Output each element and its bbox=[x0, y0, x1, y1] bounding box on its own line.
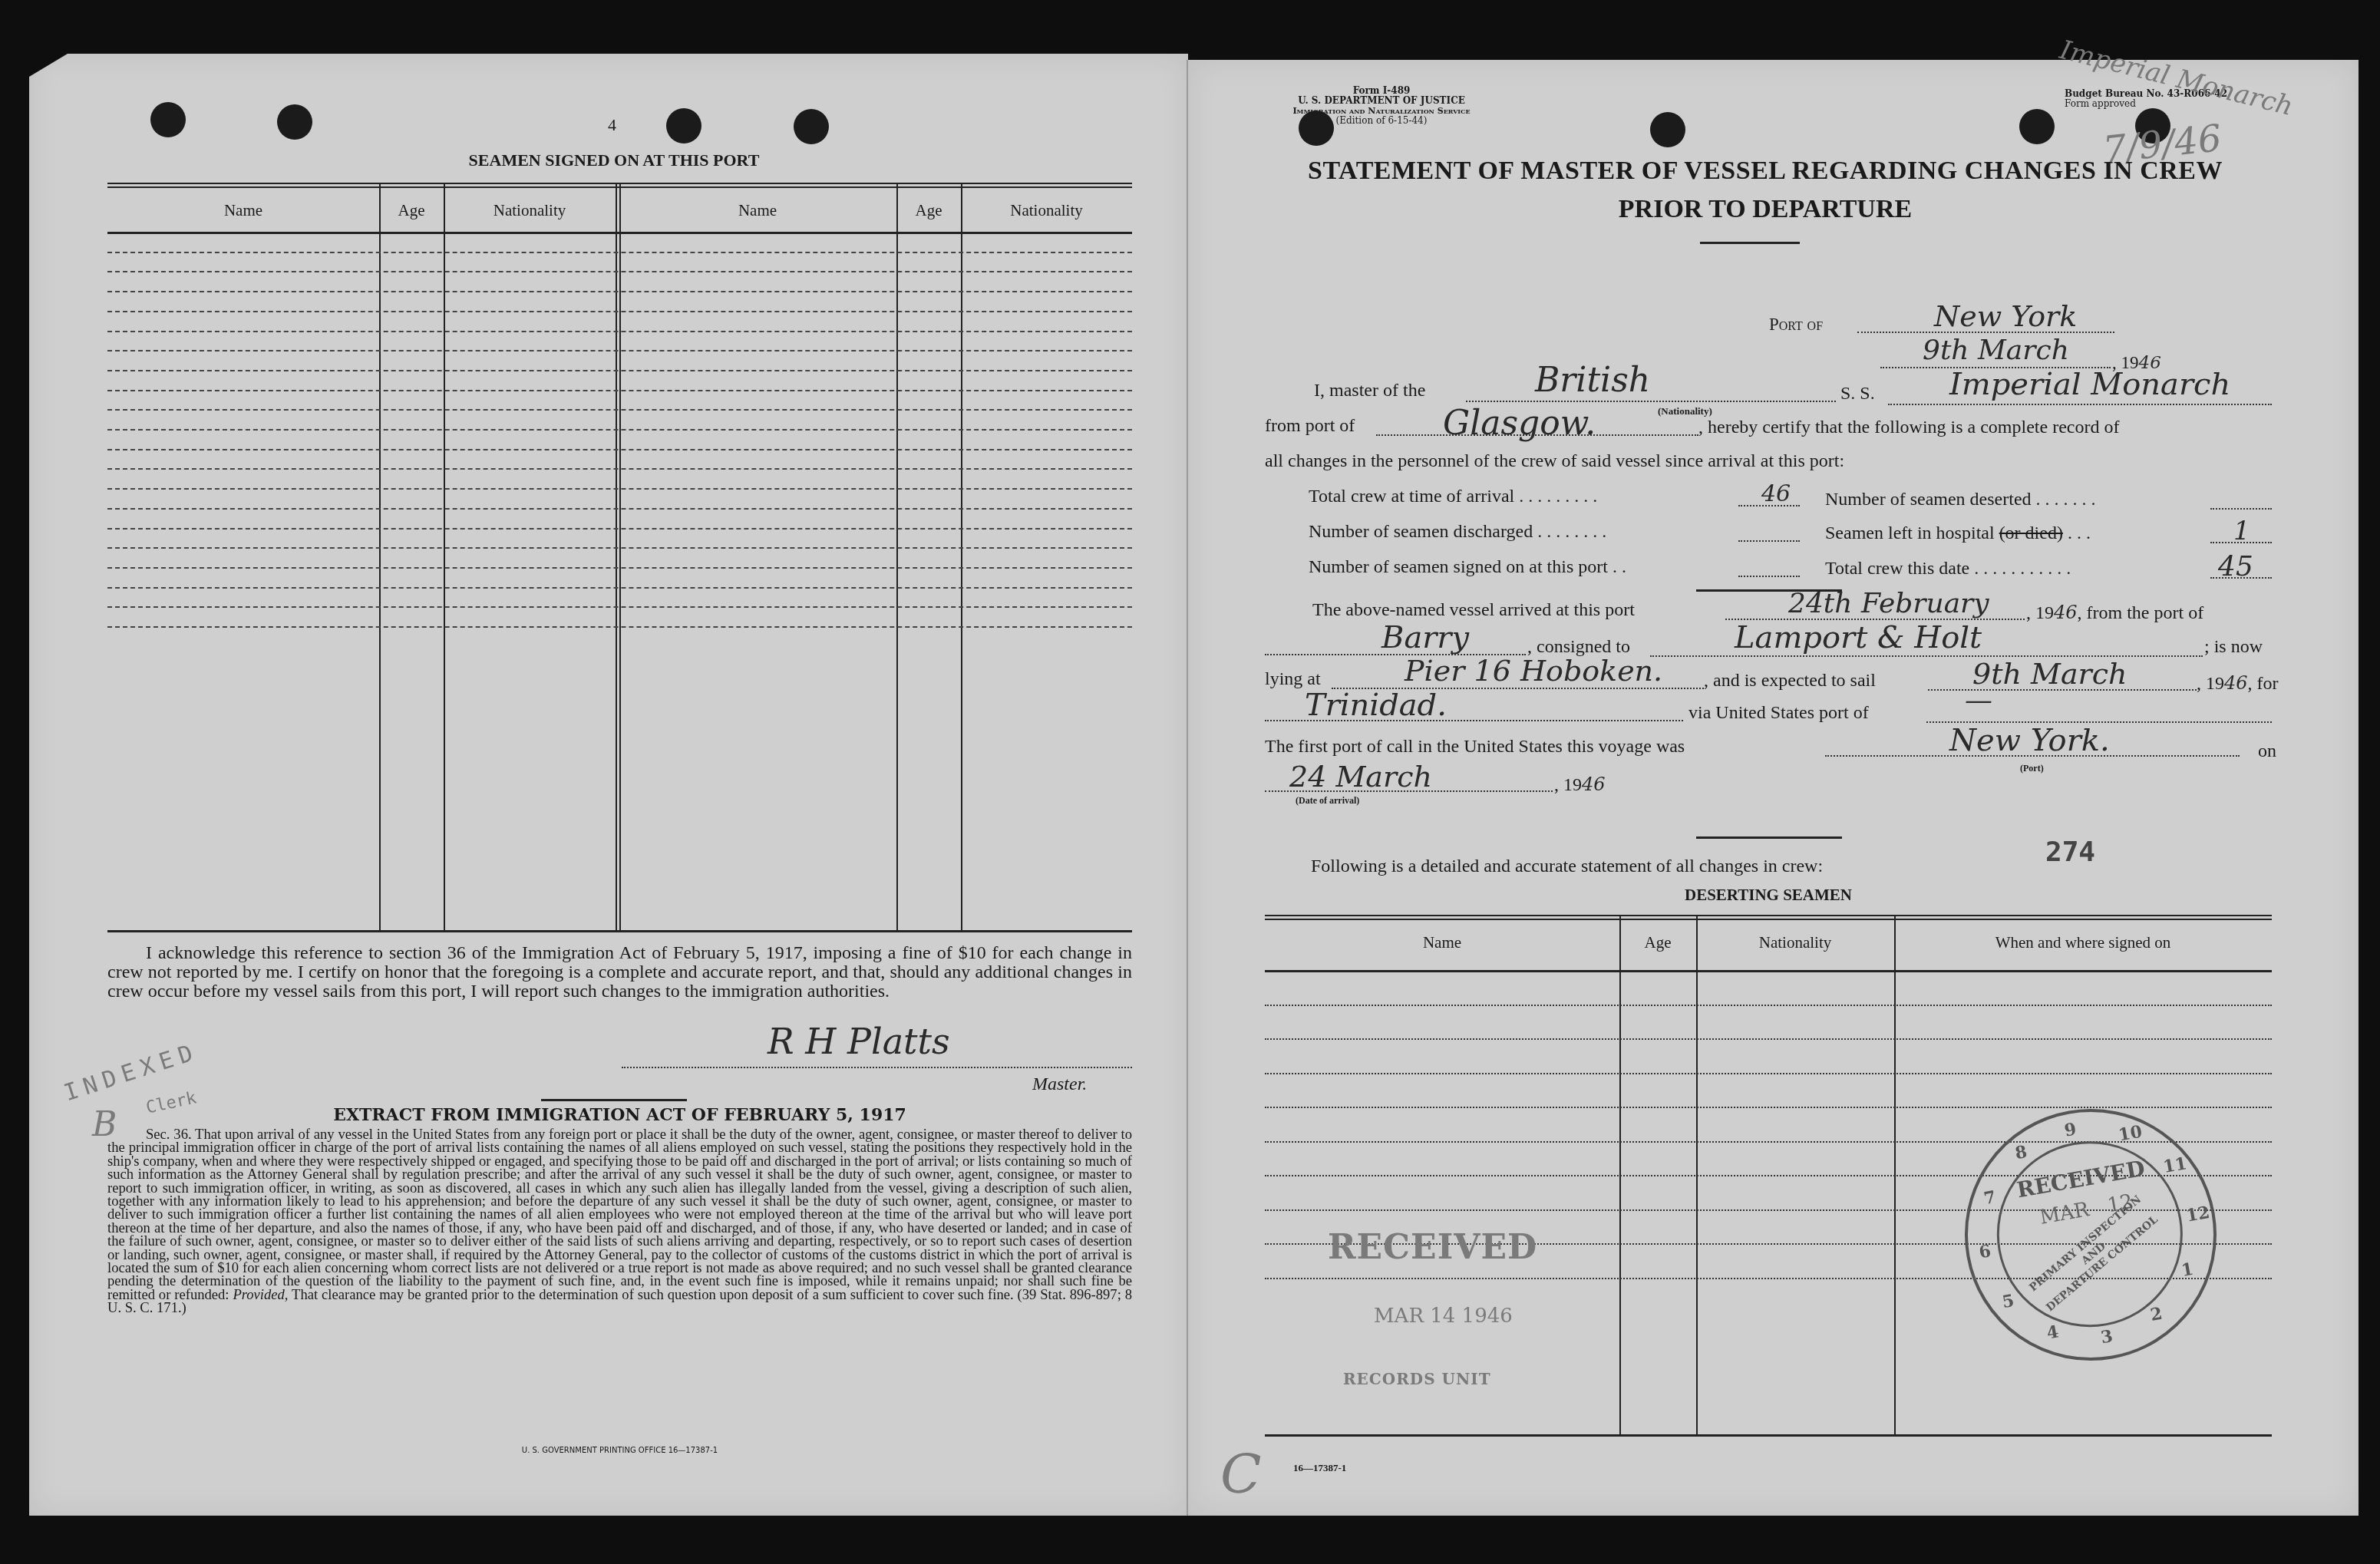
form-header: Form I-489 U. S. DEPARTMENT OF JUSTICE I… bbox=[1243, 86, 1520, 126]
sail-date: 9th March bbox=[1972, 657, 2127, 691]
extract-paragraph: Sec. 36. That upon arrival of any vessel… bbox=[107, 1128, 1132, 1315]
table-bottom-rule bbox=[107, 930, 1132, 932]
punch-hole bbox=[2019, 109, 2055, 144]
table-row bbox=[1265, 1005, 2272, 1006]
table-row bbox=[107, 291, 1132, 292]
hospital-struck: (or died) bbox=[1999, 523, 2063, 543]
column-header-age: Age bbox=[896, 201, 961, 220]
footer-code: 16—17387-1 bbox=[1293, 1462, 1346, 1474]
arrived-year-label: , 1946, from the port of bbox=[2026, 602, 2203, 624]
master-signature: R H Platts bbox=[767, 1021, 950, 1062]
hospital-dots: . . . bbox=[2068, 523, 2091, 543]
edition: (Edition of 6-15-44) bbox=[1243, 116, 1520, 126]
table-row bbox=[107, 390, 1132, 391]
expected-label: , and is expected to sail bbox=[1704, 671, 1876, 691]
column-header-name: Name bbox=[107, 201, 379, 220]
acknowledgement-paragraph: I acknowledge this reference to section … bbox=[107, 944, 1132, 1001]
sail-year: 46 bbox=[2224, 672, 2248, 694]
first-port-label: The first port of call in the United Sta… bbox=[1265, 737, 1685, 757]
table-row bbox=[107, 429, 1132, 431]
date-value: 9th March bbox=[1923, 335, 2069, 366]
from-port-label: from port of bbox=[1265, 416, 1355, 437]
column-header-signed-on: When and where signed on bbox=[1894, 933, 2272, 952]
table-row bbox=[107, 528, 1132, 530]
column-header-nationality: Nationality bbox=[1696, 933, 1894, 952]
department: U. S. DEPARTMENT OF JUSTICE bbox=[1243, 96, 1520, 106]
deserting-title: DESERTING SEAMEN bbox=[1265, 886, 2272, 905]
punch-hole bbox=[794, 109, 829, 144]
form-title-line2: PRIOR TO DEPARTURE bbox=[1266, 195, 2264, 224]
table-bottom-rule bbox=[1265, 1434, 2272, 1437]
column-divider bbox=[379, 184, 381, 930]
column-divider bbox=[896, 184, 898, 930]
divider-rule bbox=[1696, 836, 1842, 839]
table-row bbox=[107, 587, 1132, 589]
margin-mark: C bbox=[1220, 1443, 1262, 1506]
extract-text: That upon arrival of any vessel in the U… bbox=[107, 1127, 1132, 1303]
punch-hole bbox=[150, 102, 186, 137]
stamp-ring-number: 9 bbox=[2063, 1119, 2078, 1140]
signed-on-field bbox=[1738, 576, 1800, 577]
first-port-value: New York. bbox=[1949, 723, 2110, 758]
signed-on-table: Name Age Nationality Name Age Nationalit… bbox=[107, 184, 1132, 930]
stamp-number: 274 bbox=[2045, 836, 2095, 868]
punch-hole bbox=[277, 104, 312, 140]
certify-text: , hereby certify that the following is a… bbox=[1698, 417, 2119, 438]
total-crew-arrival: 46 bbox=[1761, 480, 1791, 507]
table-row bbox=[107, 626, 1132, 628]
extract-provided: Provided, bbox=[233, 1287, 288, 1303]
table-row bbox=[107, 409, 1132, 411]
column-header-name: Name bbox=[619, 201, 896, 220]
extract-title: EXTRACT FROM IMMIGRATION ACT OF FEBRUARY… bbox=[107, 1105, 1132, 1125]
master-of-label: I, master of the bbox=[1314, 381, 1425, 401]
date-of-arrival-year-label: , 1946 bbox=[1554, 774, 1606, 796]
table-row bbox=[107, 311, 1132, 312]
table-row bbox=[107, 547, 1132, 549]
is-now-label: ; is now bbox=[2204, 637, 2263, 658]
on-label: on bbox=[2258, 741, 2276, 762]
stamp-ring-number: 10 bbox=[2117, 1122, 2144, 1146]
destination: Trinidad. bbox=[1305, 688, 1447, 723]
ship-name: Imperial Monarch bbox=[1949, 367, 2230, 402]
table-row bbox=[107, 488, 1132, 490]
column-divider bbox=[619, 184, 621, 930]
nationality-field bbox=[1466, 401, 1836, 402]
for-label: , for bbox=[2248, 674, 2279, 694]
arrived-year: 46 bbox=[2054, 602, 2078, 623]
signed-on-label: Number of seamen signed on at this port … bbox=[1309, 557, 1626, 578]
stamp-ring-number: 2 bbox=[2149, 1303, 2164, 1325]
table-row bbox=[107, 567, 1132, 569]
table-row bbox=[107, 271, 1132, 272]
total-crew-arrival-label: Total crew at time of arrival . . . . . … bbox=[1309, 487, 1597, 507]
date-of-arrival: 24 March bbox=[1289, 760, 1432, 794]
extract-body: Sec. 36. That upon arrival of any vessel… bbox=[107, 1128, 1132, 1315]
title-rule bbox=[1700, 242, 1800, 244]
column-divider bbox=[961, 184, 962, 930]
table-row bbox=[107, 252, 1132, 253]
form-title-line1: STATEMENT OF MASTER OF VESSEL REGARDING … bbox=[1266, 157, 2264, 186]
column-header-age: Age bbox=[1619, 933, 1696, 952]
table-row bbox=[107, 350, 1132, 351]
discharged-label: Number of seamen discharged . . . . . . … bbox=[1309, 522, 1606, 543]
column-header-name: Name bbox=[1265, 933, 1619, 952]
table-row bbox=[107, 468, 1132, 470]
table-row bbox=[107, 449, 1132, 450]
total-crew-date-label: Total crew this date . . . . . . . . . .… bbox=[1825, 559, 2071, 579]
arrived-date: 24th February bbox=[1788, 588, 1989, 619]
table-row bbox=[1265, 1107, 2272, 1108]
deserted-label: Number of seamen deserted . . . . . . . bbox=[1825, 490, 2096, 510]
column-divider bbox=[444, 184, 445, 930]
stamp-ring-number: 8 bbox=[2013, 1142, 2028, 1163]
hospital-label-group: Seamen left in hospital (or died) . . . bbox=[1825, 523, 2091, 544]
stamp-ring-number: 12 bbox=[2184, 1203, 2211, 1226]
received-stamp-date: MAR 14 1946 bbox=[1374, 1305, 1513, 1328]
via-label: via United States port of bbox=[1688, 703, 1869, 724]
nationality-caption: (Nationality) bbox=[1658, 405, 1712, 417]
discharged-field bbox=[1738, 540, 1800, 542]
received-stamp-unit: RECORDS UNIT bbox=[1343, 1370, 1491, 1388]
changes-statement: Following is a detailed and accurate sta… bbox=[1311, 856, 1823, 877]
hospital-label: Seamen left in hospital bbox=[1825, 523, 1995, 543]
arrived-label: The above-named vessel arrived at this p… bbox=[1312, 600, 1635, 621]
stamp-ring-number: 6 bbox=[1978, 1241, 1993, 1262]
master-label: Master. bbox=[1032, 1074, 1087, 1095]
column-header-nationality: Nationality bbox=[444, 201, 616, 220]
table-row bbox=[1265, 1038, 2272, 1040]
table-row bbox=[1265, 1073, 2272, 1074]
total-crew-date: 45 bbox=[2218, 551, 2253, 582]
arrival-from-port: Barry bbox=[1381, 620, 1469, 655]
received-stamp-word: RECEIVED bbox=[1328, 1228, 1537, 1267]
certify-text-2: all changes in the personnel of the crew… bbox=[1265, 451, 1844, 472]
punch-hole bbox=[1650, 112, 1685, 147]
punch-hole bbox=[666, 108, 701, 144]
port-caption: (Port) bbox=[2020, 763, 2044, 774]
acknowledgement-text: I acknowledge this reference to section … bbox=[107, 944, 1132, 1001]
port-of-label: Port of bbox=[1769, 315, 1823, 335]
port-of-value: New York bbox=[1934, 299, 2077, 333]
divider-rule bbox=[541, 1099, 687, 1101]
column-divider bbox=[616, 184, 617, 930]
stamp-ring-number: 3 bbox=[2099, 1326, 2114, 1348]
from-port-of-label: , from the port of bbox=[2078, 603, 2204, 623]
sail-year-label: , 1946, for bbox=[2197, 672, 2279, 695]
stamp-ring-number: 1 bbox=[2180, 1259, 2195, 1280]
via-value: — bbox=[1965, 685, 1992, 716]
date-of-arrival-year: 46 bbox=[1582, 774, 1606, 795]
consigned-value: Lamport & Holt bbox=[1735, 620, 1982, 655]
stamp-ring-number: 4 bbox=[2045, 1321, 2061, 1343]
lying-at-label: lying at bbox=[1265, 669, 1321, 690]
column-header-age: Age bbox=[379, 201, 444, 220]
ship-name-field bbox=[1888, 404, 2272, 405]
from-port-value: Glasgow. bbox=[1443, 404, 1596, 443]
section-title-signed-on: SEAMEN SIGNED ON AT THIS PORT bbox=[345, 150, 883, 170]
table-row bbox=[107, 331, 1132, 332]
date-of-arrival-caption: (Date of arrival) bbox=[1296, 795, 1359, 807]
deserted-field bbox=[2210, 508, 2272, 510]
table-row bbox=[107, 508, 1132, 510]
page-number: 4 bbox=[608, 115, 616, 135]
hospital-value: 1 bbox=[2233, 516, 2250, 546]
ss-label: S. S. bbox=[1840, 384, 1875, 404]
nationality-value: British bbox=[1535, 361, 1650, 400]
column-header-nationality: Nationality bbox=[961, 201, 1132, 220]
header-rule bbox=[1265, 970, 2272, 972]
table-row bbox=[107, 370, 1132, 371]
lying-at-value: Pier 16 Hoboken. bbox=[1405, 654, 1662, 688]
signature-line bbox=[622, 1067, 1132, 1068]
table-row bbox=[107, 606, 1132, 608]
printer-line: U. S. GOVERNMENT PRINTING OFFICE 16—1738… bbox=[107, 1447, 1132, 1455]
